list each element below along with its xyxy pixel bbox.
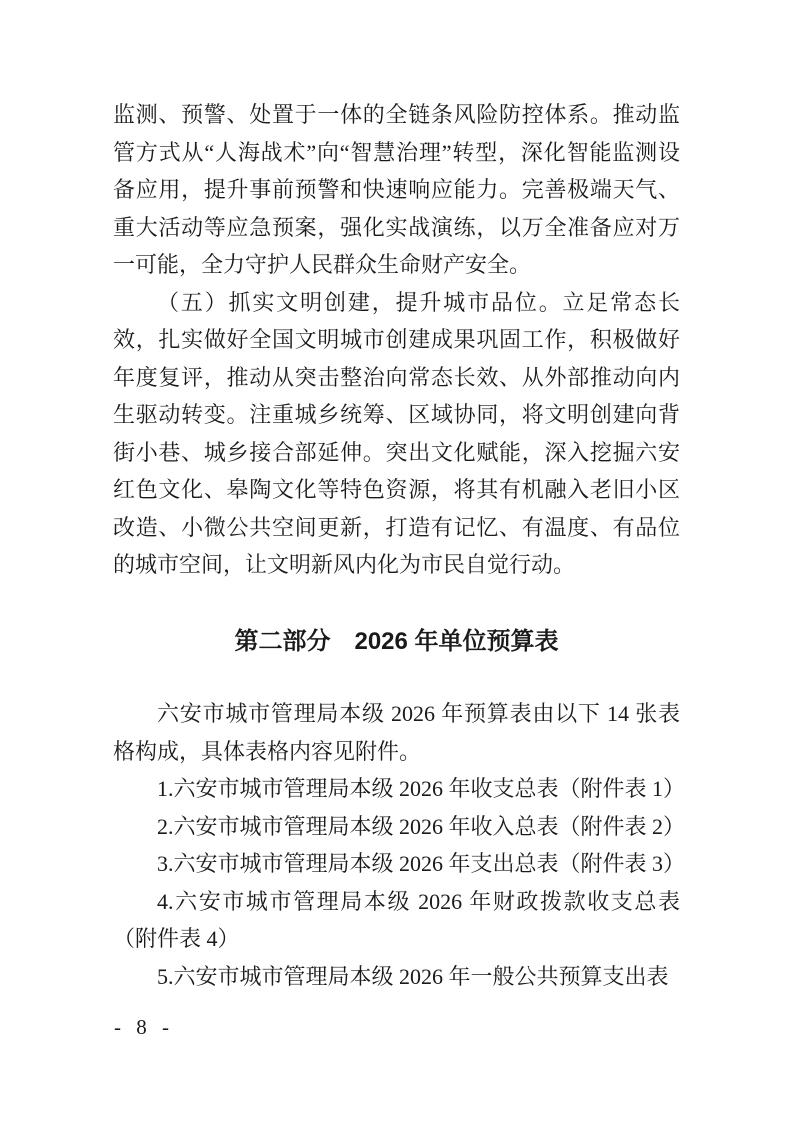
document-body: 监测、预警、处置于一体的全链条风险防控体系。推动监管方式从“人海战术”向“智慧治… (113, 96, 680, 995)
budget-table-item-4: 4.六安市城市管理局本级 2026 年财政拨款收支总表（附件表 4） (113, 883, 680, 958)
budget-table-item-5: 5.六安市城市管理局本级 2026 年一般公共预算支出表 (113, 958, 680, 996)
budget-table-item-1: 1.六安市城市管理局本级 2026 年收支总表（附件表 1） (113, 770, 680, 808)
document-page: 监测、预警、处置于一体的全链条风险防控体系。推动监管方式从“人海战术”向“智慧治… (0, 0, 793, 1122)
body-paragraph-continuation: 监测、预警、处置于一体的全链条风险防控体系。推动监管方式从“人海战术”向“智慧治… (113, 96, 680, 284)
budget-table-item-2: 2.六安市城市管理局本级 2026 年收入总表（附件表 2） (113, 808, 680, 846)
body-paragraph-section5: （五）抓实文明创建，提升城市品位。立足常态长效，扎实做好全国文明城市创建成果巩固… (113, 284, 680, 584)
budget-intro-paragraph: 六安市城市管理局本级 2026 年预算表由以下 14 张表格构成，具体表格内容见… (113, 695, 680, 770)
budget-table-item-3: 3.六安市城市管理局本级 2026 年支出总表（附件表 3） (113, 845, 680, 883)
section-heading-part2: 第二部分 2026 年单位预算表 (113, 623, 680, 661)
page-number: - 8 - (114, 1012, 174, 1042)
